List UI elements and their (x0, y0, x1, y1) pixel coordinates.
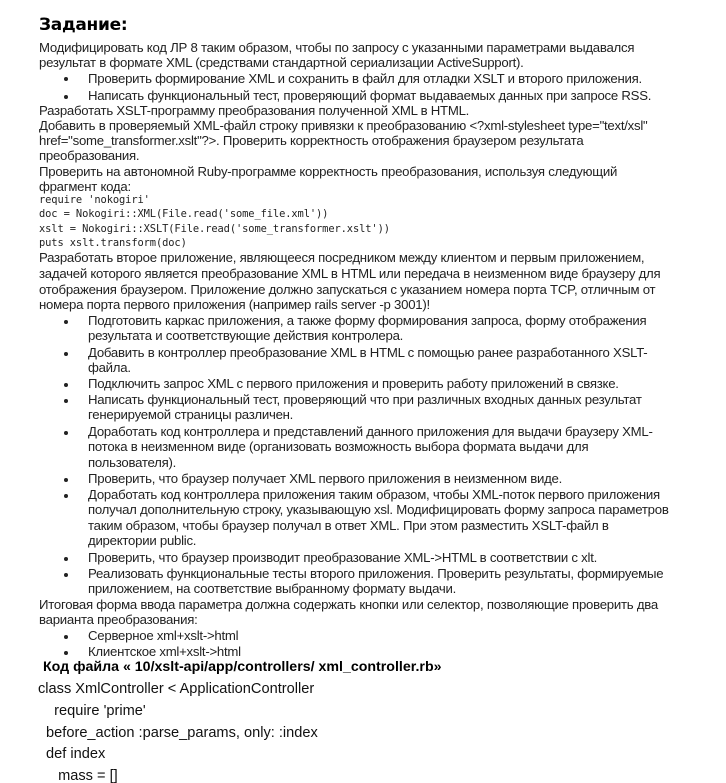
code-line: require 'nokogiri' (39, 193, 150, 208)
list-item: генерируемой страницы различен. (88, 407, 293, 423)
bullet-icon (64, 635, 68, 639)
bullet-icon (64, 494, 68, 498)
paragraph-line: Проверить на автономной Ruby-программе к… (39, 164, 617, 180)
paragraph-line: Разработать XSLT-программу преобразовани… (39, 103, 469, 119)
bullet-icon (64, 95, 68, 99)
ruby-code-line: mass = [] (50, 768, 118, 783)
list-item: Проверить, что браузер производит преобр… (88, 550, 597, 566)
list-item: директории public. (88, 533, 196, 549)
bullet-icon (64, 431, 68, 435)
paragraph-line: варианта преобразования: (39, 612, 198, 628)
code-line: xslt = Nokogiri::XSLT(File.read('some_tr… (39, 222, 390, 237)
paragraph-line: отображения браузером. Приложение должно… (39, 282, 655, 298)
code-line: doc = Nokogiri::XML(File.read('some_file… (39, 207, 328, 222)
paragraph-line: преобразования. (39, 148, 139, 164)
bullet-icon (64, 651, 68, 655)
list-item: Добавить в контроллер преобразование XML… (88, 345, 647, 361)
paragraph-line: href="some_transformer.xslt"?>. Проверит… (39, 133, 583, 149)
ruby-code-line: def index (42, 746, 105, 762)
bullet-icon (64, 320, 68, 324)
list-item: Доработать код контроллера приложения та… (88, 487, 660, 503)
list-item: Проверить, что браузер получает XML перв… (88, 471, 562, 487)
list-item: результата и соответствующие действия ко… (88, 328, 403, 344)
intro-line: результат в формате XML (средствами стан… (39, 55, 524, 71)
paragraph-line: номера порта первого приложения (наприме… (39, 297, 430, 313)
list-item: Написать функциональный тест, проверяющи… (88, 88, 651, 104)
file-code-heading: Код файла « 10/xslt-api/app/controllers/… (43, 659, 442, 675)
list-item: Написать функциональный тест, проверяющи… (88, 392, 642, 408)
list-item: Реализовать функциональные тесты второго… (88, 566, 663, 582)
code-line: puts xslt.transform(doc) (39, 236, 187, 251)
paragraph-line: Добавить в проверяемый XML-файл строку п… (39, 118, 647, 134)
list-item: Клиентское xml+xslt->html (88, 644, 241, 660)
ruby-code-line: class XmlController < ApplicationControl… (38, 681, 314, 697)
paragraph-line: Разработать второе приложение, являющеес… (39, 250, 644, 266)
bullet-icon (64, 352, 68, 356)
list-item: Подключить запрос XML с первого приложен… (88, 376, 619, 392)
list-item: пользователя). (88, 455, 176, 471)
bullet-icon (64, 573, 68, 577)
intro-line: Модифицировать код ЛР 8 таким образом, ч… (39, 40, 634, 56)
bullet-icon (64, 557, 68, 561)
list-item: Доработать код контроллера и представлен… (88, 424, 653, 440)
task-heading: Задание: (39, 15, 127, 35)
list-item: таким образом, чтобы браузер получал в о… (88, 518, 609, 534)
list-item: Проверить формирование XML и сохранить в… (88, 71, 642, 87)
list-item: приложением, на соответствие выбранному … (88, 581, 456, 597)
bullet-icon (64, 383, 68, 387)
bullet-icon (64, 77, 68, 81)
list-item: Подготовить каркас приложения, а также ф… (88, 313, 646, 329)
ruby-code-line: before_action :parse_params, only: :inde… (42, 725, 318, 741)
list-item: Серверное xml+xslt->html (88, 628, 238, 644)
list-item: файла. (88, 360, 131, 376)
list-item: потока в неизменном виде (организовать в… (88, 439, 588, 455)
paragraph-line: задачей которого является преобразование… (39, 266, 660, 282)
bullet-icon (64, 478, 68, 482)
bullet-icon (64, 399, 68, 403)
list-item: получал дополнительную строку, указывающ… (88, 502, 669, 518)
ruby-code-line: require 'prime' (46, 703, 146, 719)
paragraph-line: Итоговая форма ввода параметра должна со… (39, 597, 658, 613)
